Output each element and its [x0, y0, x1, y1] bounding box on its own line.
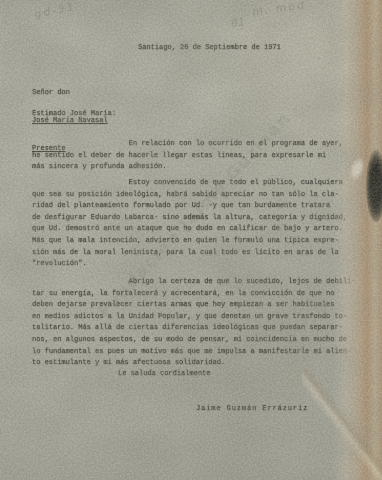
scanned-letter-page: Fundación Jaime Guzmán gd-31 m. mod 81 S… [0, 0, 382, 480]
paper-tear-highlight [346, 154, 367, 183]
paragraph-2: Estoy convencido de que todo el público,… [32, 178, 347, 271]
signature-name: Jaime Guzmán Errázuriz [196, 404, 308, 416]
corner-fold-crease [302, 370, 382, 480]
paragraph-1: En relación con lo ocurrido en el progra… [32, 139, 343, 174]
paper-tear-shadow [366, 150, 382, 222]
closing-line: Le saluda cordialmente [118, 369, 210, 381]
salutation: Estimado José María: [32, 109, 116, 121]
pencil-annotation-number: 81 [231, 16, 246, 30]
recipient-title: Señor don [32, 89, 108, 98]
paragraph-3: Abrigo la certeza de que lo sucedido, le… [32, 277, 355, 370]
pencil-annotation-top-right: m. mod [251, 0, 306, 19]
dateline: Santiago, 20 de Septiembre de 1971 [138, 43, 281, 55]
pencil-annotation-top-left: gd-31 [33, 0, 77, 21]
